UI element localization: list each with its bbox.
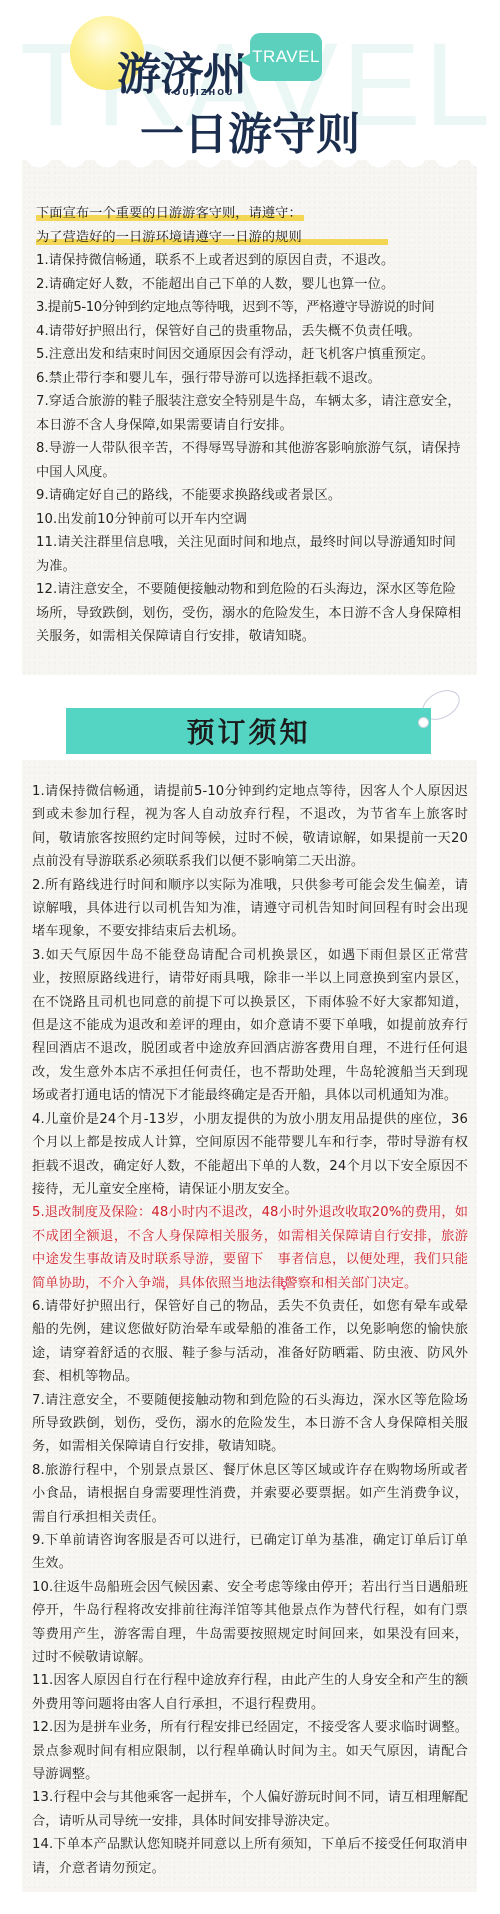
booking-notes-card: 1.请保持微信畅通，请提前5-10分钟到约定地点等待，因客人个人原因迟到或未参加…: [22, 760, 477, 1892]
rules-intro-highlight: 为了营造好的一日游环境请遵守一日游的规则: [36, 230, 388, 245]
rule-item: 12.请注意安全，不要随便接触动物和到危险的石头海边，深水区等危险场所，导致跌倒…: [36, 578, 466, 649]
booking-note-item: 14.下单本产品默认您知晓并同意以上所有须知，下单后不接受任何取消申请，介意者请…: [32, 1833, 468, 1880]
title-pinyin: YOUJIZHOU: [166, 88, 235, 97]
booking-note-item: 2.所有路线进行时间和顺序以实际为准哦，只供参考可能会发生偏差，请谅解哦，具体进…: [32, 874, 468, 944]
booking-banner-title: 预订须知: [66, 708, 431, 754]
rule-item: 11.请关注群里信息哦，关注见面时间和地点，最终时间以导游通知时间为准。: [36, 531, 466, 578]
booking-note-item: 4.儿童价是24个月-13岁，小朋友提供的为放小朋友用品提供的座位，36个月以上…: [32, 1108, 468, 1202]
female-symbol-icon: ♀: [280, 1279, 288, 1292]
booking-note-item: 10.往返牛岛船班会因气候因素、安全考虑等缘由停开；若出行当日遇船班停开，牛岛行…: [32, 1576, 468, 1670]
rule-item: 5.注意出发和结束时间因交通原因会有浮动，赶飞机客户慎重预定。: [36, 343, 466, 367]
booking-note-item: 11.因客人原因自行在行程中途放弃行程，由此产生的人身安全和产生的额外费用等问题…: [32, 1669, 468, 1716]
travel-speech-bubble-icon: TRAVEL: [250, 33, 322, 81]
booking-note-refund-policy: 5.退改制度及保险：48小时内不退改，48小时外退改收取20%的费用，如不成团全…: [32, 1201, 468, 1295]
rules-intro-highlight: 下面宣布一个重要的日游游客守则，请遵守：: [36, 206, 304, 221]
rule-item: 2.请确定好人数，不能超出自己下单的人数，婴儿也算一位。: [36, 273, 466, 297]
rules-list: 下面宣布一个重要的日游游客守则，请遵守： 为了营造好的一日游环境请遵守一日游的规…: [36, 202, 466, 649]
rule-item: 1.请保持微信畅通，联系不上或者迟到的原因自责，不退改。: [36, 249, 466, 273]
booking-note-item: 9.下单前请咨询客服是否可以进行，已确定订单为基准，确定订单后订单生效。: [32, 1529, 468, 1576]
rule-item: 10.出发前10分钟前可以开车内空调: [36, 508, 466, 532]
booking-note-item: 7.请注意安全，不要随便接触动物和到危险的石头海边，深水区等危险场所导致跌倒，划…: [32, 1389, 468, 1459]
rules-card: 下面宣布一个重要的日游游客守则，请遵守： 为了营造好的一日游环境请遵守一日游的规…: [22, 160, 477, 675]
tag-hole-icon: [418, 717, 429, 728]
booking-note-item: 12.因为是拼车业务，所有行程安排已经固定，不接受客人要求临时调整。景点参观时间…: [32, 1716, 468, 1786]
rule-item: 7.穿适合旅游的鞋子服装注意安全特别是牛岛，车辆太多，请注意安全，本日游不含人身…: [36, 390, 466, 437]
booking-banner: 预订须知: [66, 690, 466, 760]
rule-item: 4.请带好护照出行，保管好自己的贵重物品，丢失概不负责任哦。: [36, 320, 466, 344]
booking-note-item: 13.行程中会与其他乘客一起拼车，个人偏好游玩时间不同，请互相理解配合，请听从司…: [32, 1786, 468, 1833]
rule-item: 3.提前5-10分钟到约定地点等待哦，迟到不等，严格遵守导游说的时间: [36, 296, 466, 320]
rule-item: 9.请确定好自己的路线，不能要求换路线或者景区。: [36, 484, 466, 508]
rule-item: 6.禁止带行李和婴儿车，强行带导游可以选择拒载不退改。: [36, 367, 466, 391]
booking-note-item: 6.请带好护照出行，保管好自己的物品，丢失不负责任，如您有晕车或晕船的先例，建议…: [32, 1295, 468, 1389]
bubble-label: TRAVEL: [252, 47, 320, 67]
rule-item: 8.导游一人带队很辛苦，不得辱骂导游和其他游客影响旅游气氛，请保持中国人风度。: [36, 437, 466, 484]
title-rules: 一日游守则: [140, 98, 360, 162]
booking-notes-list: 1.请保持微信畅通，请提前5-10分钟到约定地点等待，因客人个人原因迟到或未参加…: [32, 780, 468, 1880]
scalloped-edge: [22, 160, 477, 174]
booking-note-item: 1.请保持微信畅通，请提前5-10分钟到约定地点等待，因客人个人原因迟到或未参加…: [32, 780, 468, 874]
booking-note-item: 3.如天气原因牛岛不能登岛请配合司机换景区，如遇下雨但景区正常营业，按照原路线进…: [32, 944, 468, 1108]
booking-note-item: 8.旅游行程中，个别景点景区、餐厅休息区等区域或许存在购物场所或者小食品，请根据…: [32, 1459, 468, 1529]
page-header: TRAVEL 游济州 YOUJIZHOU 一日游守则 TRAVEL: [0, 0, 500, 180]
